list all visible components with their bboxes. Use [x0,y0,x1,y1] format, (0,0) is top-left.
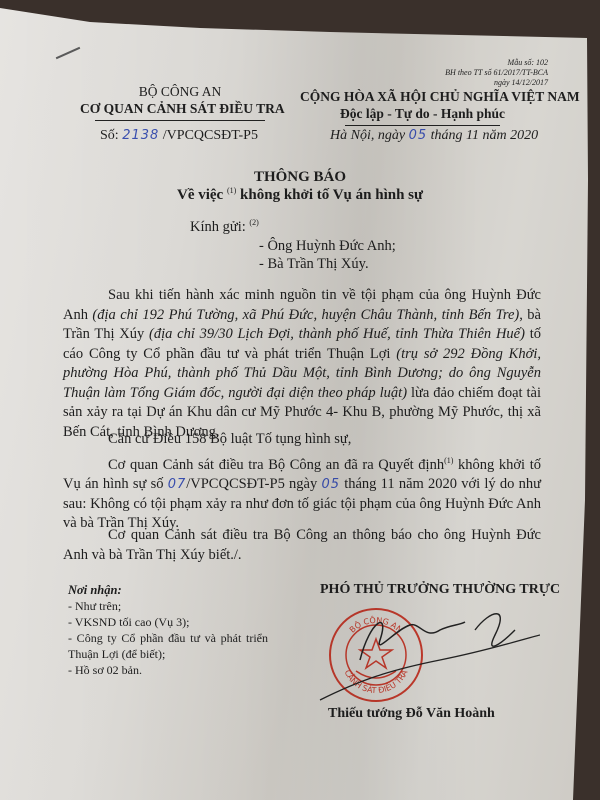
handwritten-number: 2138 [122,128,159,143]
header-left: BỘ CÔNG AN CƠ QUAN CẢNH SÁT ĐIỀU TRA [80,83,280,121]
distribution-label: Nơi nhận: [68,582,268,598]
divider [95,120,265,121]
signer-name: Thiếu tướng Đỗ Văn Hoành [328,706,495,722]
agency-name: CƠ QUAN CẢNH SÁT ĐIỀU TRA [80,100,280,117]
document-date: Hà Nội, ngày 05 tháng 11 năm 2020 [330,128,538,144]
document-page: Mẫu số: 102 BH theo TT số 61/2017/TT-BCA… [0,0,600,800]
paragraph-4: Cơ quan Cảnh sát điều tra Bộ Công an thô… [63,526,541,565]
distribution-item: - Như trên; [68,598,268,614]
header-right: CỘNG HÒA XÃ HỘI CHỦ NGHĨA VIỆT NAM Độc l… [300,88,545,126]
pencil-mark [56,47,81,59]
handwritten-day: 05 [409,128,428,143]
recipient-item: - Ông Huỳnh Đức Anh; [259,238,396,255]
motto: Độc lập - Tự do - Hạnh phúc [300,105,545,122]
distribution-item: - Công ty Cổ phần đầu tư và phát triển T… [68,630,268,662]
signer-title: PHÓ THỦ TRƯỞNG THƯỜNG TRỰC [320,582,560,598]
handwritten-decision-day: 05 [321,477,340,492]
form-note: Mẫu số: 102 BH theo TT số 61/2017/TT-BCA… [445,58,548,88]
distribution-list: Nơi nhận: - Như trên; - VKSND tối cao (V… [68,582,268,678]
divider [345,125,500,126]
handwritten-decision-number: 07 [168,477,187,492]
nation-name: CỘNG HÒA XÃ HỘI CHỦ NGHĨA VIỆT NAM [300,88,545,105]
document-number: Số: 2138 /VPCQCSĐT-P5 [100,128,258,144]
paragraph-1: Sau khi tiến hành xác minh nguồn tin về … [63,286,541,442]
document-title: THÔNG BÁO [0,168,600,187]
recipients-label: Kính gửi: (2) [190,218,259,236]
ministry-name: BỘ CÔNG AN [80,83,280,100]
distribution-item: - VKSND tối cao (Vụ 3); [68,614,268,630]
paragraph-2: Căn cứ Điều 158 Bộ luật Tố tụng hình sự, [63,430,541,450]
recipient-item: - Bà Trần Thị Xúy. [259,256,369,273]
document-subject: Về việc (1) không khởi tố Vụ án hình sự [0,186,600,204]
distribution-item: - Hồ sơ 02 bản. [68,662,268,678]
paragraph-3: Cơ quan Cảnh sát điều tra Bộ Công an đã … [63,451,541,534]
handwritten-signature [300,600,540,710]
